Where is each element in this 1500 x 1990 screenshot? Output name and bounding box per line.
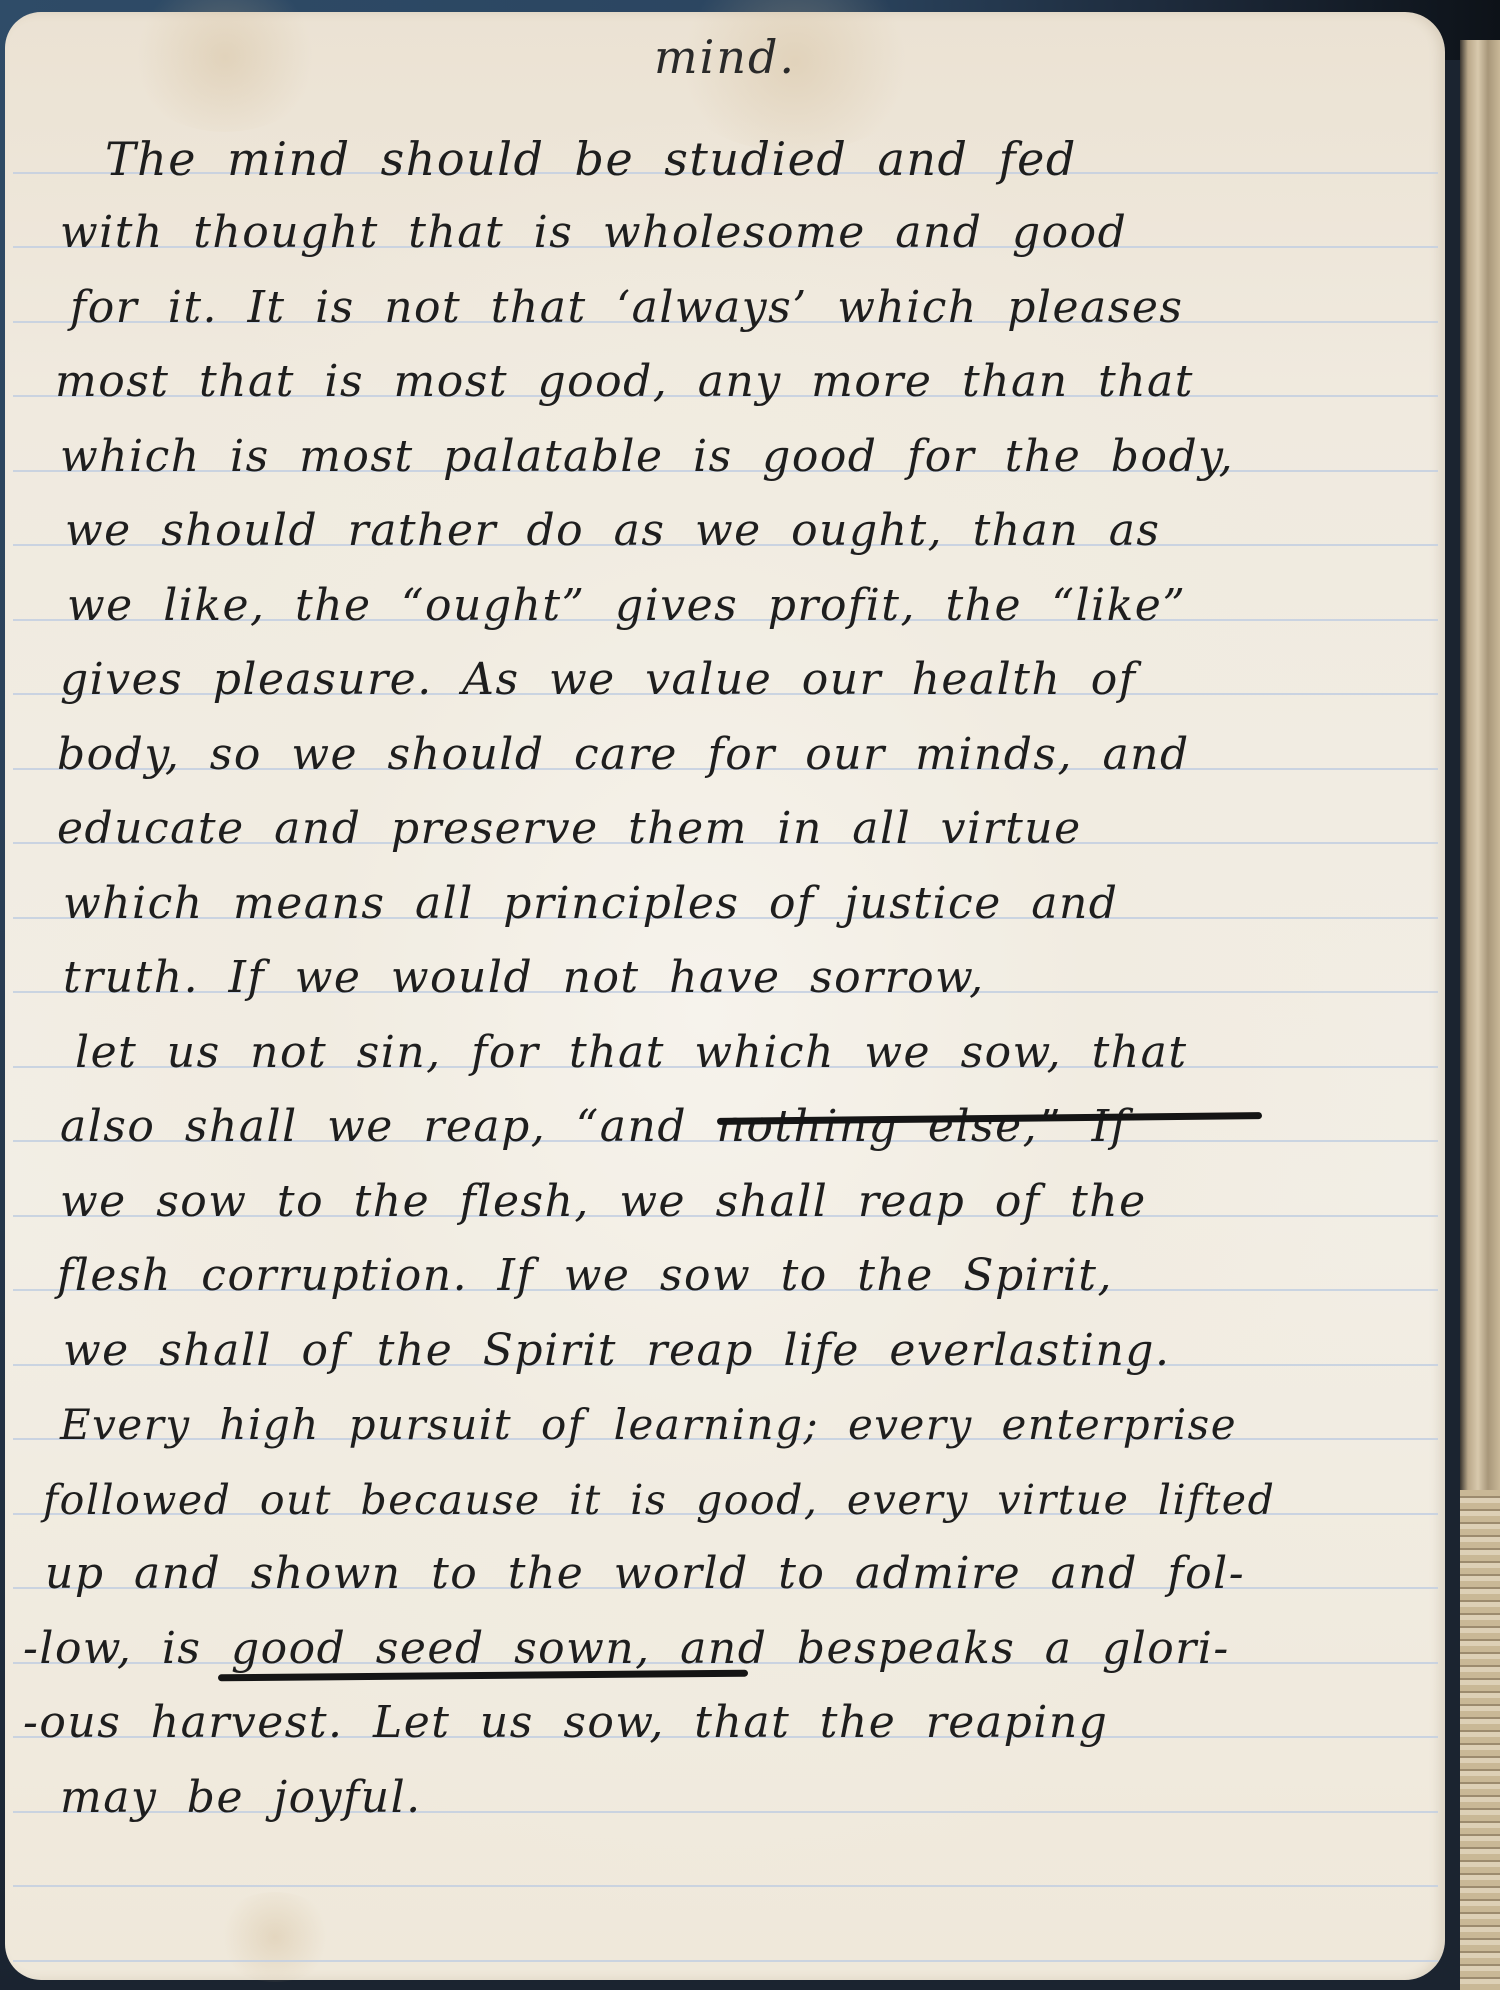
text-line: body, so we should care for our minds, a… [57, 730, 1190, 780]
text-line: which is most palatable is good for the … [60, 432, 1234, 482]
text-line: we shall of the Spirit reap life everlas… [63, 1326, 1170, 1376]
ruled-line [13, 1960, 1438, 1962]
text-line: we like, the “ought” gives profit, the “… [67, 581, 1186, 631]
text-line: also shall we reap, “and nothing else,” … [60, 1102, 1128, 1152]
page-title: mind. [5, 30, 1445, 84]
text-line: let us not sin, for that which we sow, t… [75, 1028, 1188, 1078]
text-line: -ous harvest. Let us sow, that the reapi… [23, 1698, 1108, 1748]
text-line: which means all principles of justice an… [63, 879, 1118, 929]
text-line: for it. It is not that ‘always’ which pl… [70, 283, 1183, 333]
page-edges [1460, 40, 1500, 1990]
paper-stain [215, 1892, 335, 1982]
text-line: followed out because it is good, every v… [43, 1475, 1275, 1525]
text-line: gives pleasure. As we value our health o… [60, 655, 1137, 705]
text-line: The mind should be studied and fed [105, 134, 1077, 184]
ruled-line [13, 1885, 1438, 1887]
text-line: truth. If we would not have sorrow, [63, 953, 985, 1003]
text-line: we sow to the flesh, we shall reap of th… [60, 1177, 1147, 1227]
notebook-page: mind. The mind should be studied and fed… [5, 12, 1445, 1980]
text-line: Every high pursuit of learning; every en… [60, 1400, 1237, 1450]
text-line: we should rather do as we ought, than as [65, 506, 1161, 556]
text-line: up and shown to the world to admire and … [45, 1549, 1245, 1599]
text-line: may be joyful. [60, 1773, 422, 1823]
text-line: most that is most good, any more than th… [55, 357, 1194, 407]
text-line: flesh corruption. If we sow to the Spiri… [57, 1251, 1113, 1301]
text-line: with thought that is wholesome and good [60, 208, 1127, 258]
text-line: educate and preserve them in all virtue [57, 804, 1082, 854]
text-line: -low, is good seed sown, and bespeaks a … [23, 1624, 1230, 1674]
